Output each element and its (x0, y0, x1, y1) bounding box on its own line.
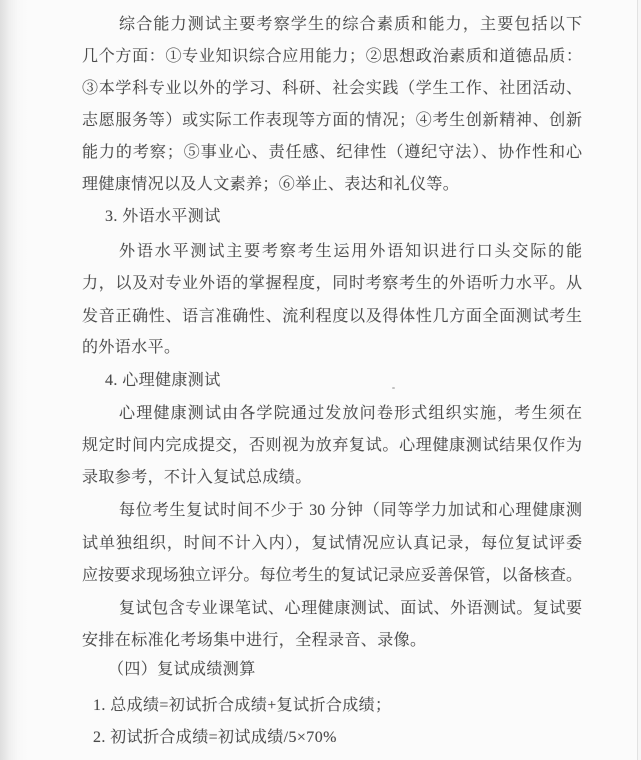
paragraph-line: 综合能力测试主要考察学生的综合素质和能力，主要包括以下 (82, 13, 582, 37)
paragraph-line: 录取参考，不计入复试总成绩。 (82, 466, 312, 490)
paragraph-line: 心理健康测试由各学院通过发放问卷形式组织实施，考生须在 (82, 402, 582, 426)
scan-speck (392, 387, 395, 389)
page-left-scan-shadow (0, 0, 28, 760)
paragraph-line: 理健康情况以及人文素养；⑥举止、表达和礼仪等。 (82, 173, 459, 197)
paragraph-line: 力，以及对专业外语的掌握程度，同时考察考生的外语听力水平。从 (82, 272, 582, 296)
document-page: 综合能力测试主要考察学生的综合素质和能力，主要包括以下 几个方面：①专业知识综合… (0, 0, 641, 760)
paragraph-line: ③本学科专业以外的学习、科研、社会实践（学生工作、社团活动、 (82, 77, 582, 101)
paragraph-line: 的外语水平。 (82, 336, 180, 360)
paragraph-line: 复试包含专业课笔试、心理健康测试、面试、外语测试。复试要 (82, 597, 582, 621)
paragraph-line: 能力的考察；⑤事业心、责任感、纪律性（遵纪守法）、协作性和心 (82, 141, 582, 165)
paragraph-line: 安排在标准化考场集中进行，全程录音、录像。 (82, 629, 426, 653)
paragraph-line: 外语水平测试主要考察考生运用外语知识进行口头交际的能 (82, 240, 582, 264)
paragraph-line: 几个方面：①专业知识综合应用能力；②思想政治素质和道德品质： (82, 45, 582, 69)
section-heading-4: 4. 心理健康测试 (105, 369, 221, 393)
paragraph-line: 规定时间内完成提交，否则视为放弃复试。心理健康测试结果仅作为 (82, 434, 582, 458)
paragraph-line: 每位考生复试时间不少于 30 分钟（同等学力加试和心理健康测 (82, 499, 582, 523)
paragraph-line: 试单独组织，时间不计入内），复试情况应认真记录，每位复试评委 (82, 532, 582, 556)
section-heading-3: 3. 外语水平测试 (105, 205, 221, 229)
formula-item-2: 2. 初试折合成绩=初试成绩/5×70% (93, 726, 337, 750)
subsection-heading: （四）复试成绩测算 (108, 658, 256, 682)
formula-item-1: 1. 总成绩=初试折合成绩+复试折合成绩； (93, 694, 391, 718)
paragraph-line: 应按要求现场独立评分。每位考生的复试记录应妥善保管，以备核查。 (82, 564, 582, 588)
paragraph-line: 志愿服务等）或实际工作表现等方面的情况；④考生创新精神、创新 (82, 109, 582, 133)
paragraph-line: 发音正确性、语言准确性、流利程度以及得体性几方面全面测试考生 (82, 305, 582, 329)
